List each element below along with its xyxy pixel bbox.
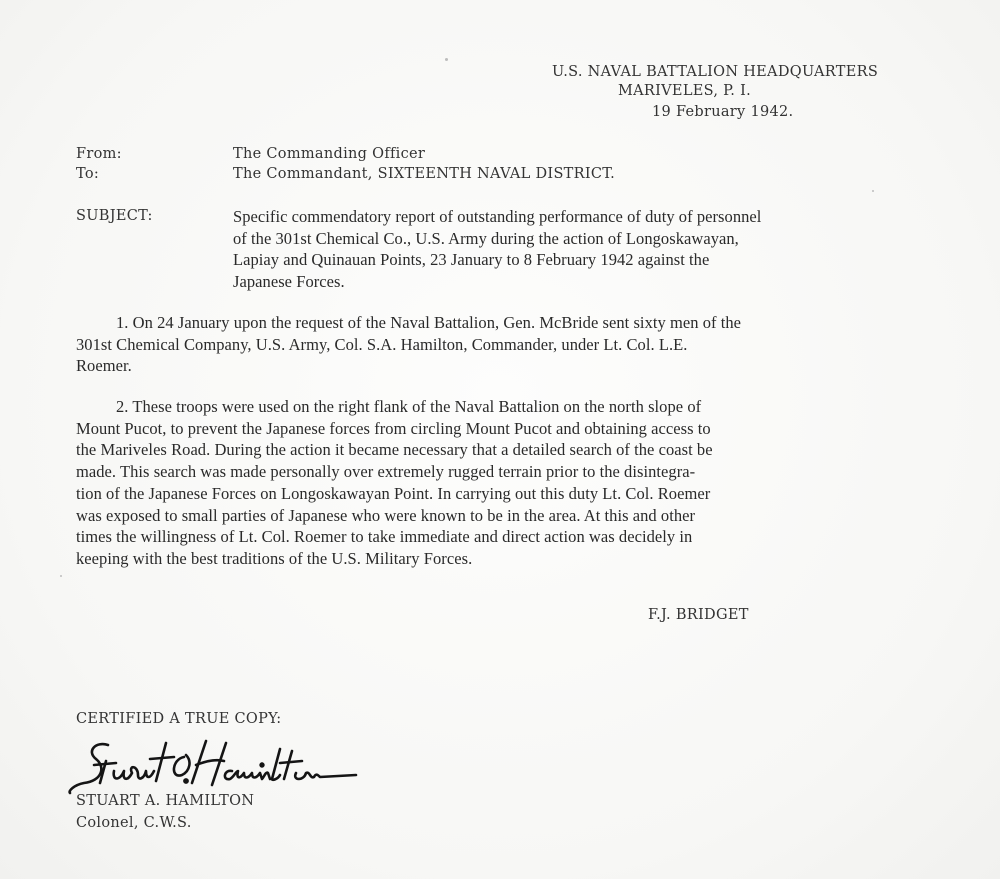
to-label: To: bbox=[76, 166, 99, 182]
letterhead-line-1: U.S. NAVAL BATTALION HEADQUARTERS bbox=[552, 62, 878, 82]
letterhead-date: 19 February 1942. bbox=[652, 102, 793, 122]
from-value: The Commanding Officer bbox=[233, 146, 425, 162]
paragraph-1: 1. On 24 January upon the request of the… bbox=[76, 312, 938, 377]
paragraph-2: 2. These troops were used on the right f… bbox=[76, 396, 938, 570]
paragraph-line: tion of the Japanese Forces on Longoskaw… bbox=[76, 483, 938, 505]
certifier-name: STUART A. HAMILTON bbox=[76, 793, 254, 809]
paragraph-line: 2. These troops were used on the right f… bbox=[76, 396, 938, 418]
document-page: U.S. NAVAL BATTALION HEADQUARTERS MARIVE… bbox=[0, 0, 1000, 879]
certifier-title: Colonel, C.W.S. bbox=[76, 815, 192, 831]
scan-speck bbox=[872, 190, 874, 192]
scan-speck bbox=[445, 58, 448, 61]
certification-label: CERTIFIED A TRUE COPY: bbox=[76, 711, 281, 727]
scan-speck bbox=[60, 575, 62, 577]
paragraph-line: Mount Pucot, to prevent the Japanese for… bbox=[76, 418, 938, 440]
paragraph-line: 301st Chemical Company, U.S. Army, Col. … bbox=[76, 334, 938, 356]
paragraph-line: the Mariveles Road. During the action it… bbox=[76, 439, 938, 461]
paragraph-line: keeping with the best traditions of the … bbox=[76, 548, 938, 570]
subject-text: Specific commendatory report of outstand… bbox=[233, 206, 761, 293]
paragraph-line: was exposed to small parties of Japanese… bbox=[76, 505, 938, 527]
subject-line: Lapiay and Quinauan Points, 23 January t… bbox=[233, 249, 761, 271]
subject-line: Japanese Forces. bbox=[233, 271, 761, 293]
subject-line: of the 301st Chemical Co., U.S. Army dur… bbox=[233, 228, 761, 250]
from-label: From: bbox=[76, 146, 122, 162]
signer-name: F.J. BRIDGET bbox=[648, 607, 749, 623]
handwritten-signature bbox=[66, 735, 366, 797]
paragraph-line: Roemer. bbox=[76, 355, 938, 377]
subject-line: Specific commendatory report of outstand… bbox=[233, 206, 761, 228]
subject-label: SUBJECT: bbox=[76, 208, 153, 224]
letterhead-line-2: MARIVELES, P. I. bbox=[618, 81, 751, 101]
to-value: The Commandant, SIXTEENTH NAVAL DISTRICT… bbox=[233, 166, 615, 182]
paragraph-line: times the willingness of Lt. Col. Roemer… bbox=[76, 526, 938, 548]
paragraph-line: made. This search was made personally ov… bbox=[76, 461, 938, 483]
paragraph-line: 1. On 24 January upon the request of the… bbox=[76, 312, 938, 334]
